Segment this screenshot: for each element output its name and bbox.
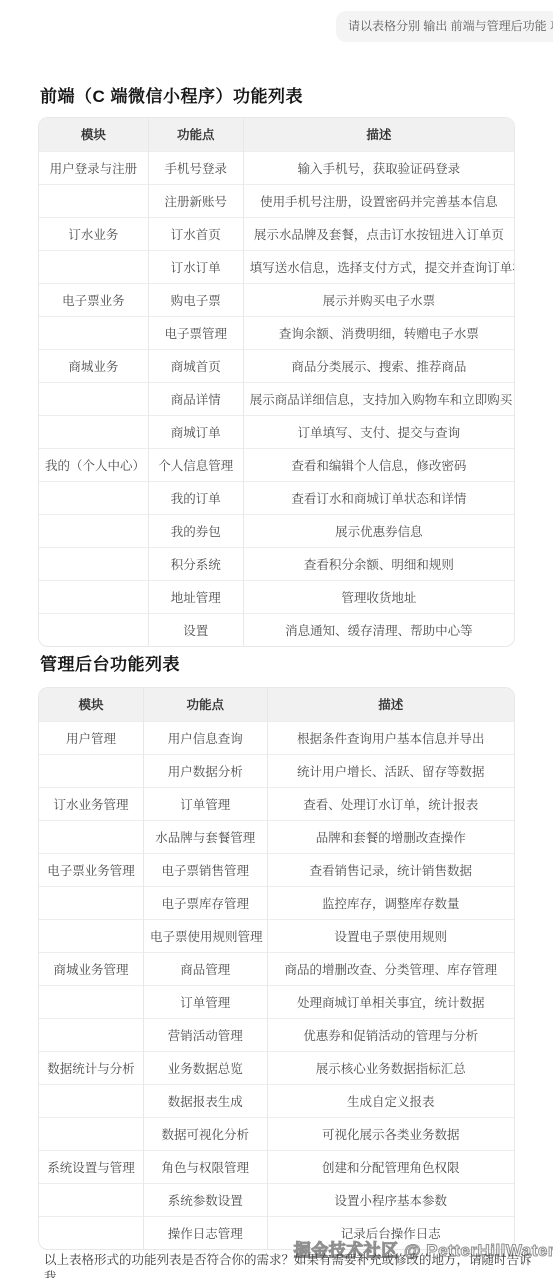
cell-description: 查看和编辑个人信息，修改密码 bbox=[243, 448, 514, 481]
cell-description: 查询余额、消费明细，转赠电子水票 bbox=[243, 316, 514, 349]
cell-feature: 订水首页 bbox=[148, 217, 243, 250]
table-row: 数据报表生成生成自定义报表 bbox=[39, 1084, 514, 1117]
cell-module: 商城业务管理 bbox=[39, 952, 144, 985]
cell-description: 设置小程序基本参数 bbox=[267, 1183, 514, 1216]
cell-feature: 积分系统 bbox=[148, 547, 243, 580]
frontend-section-title: 前端（C 端微信小程序）功能列表 bbox=[40, 82, 303, 107]
table-row: 积分系统查看积分余额、明细和规则 bbox=[39, 547, 514, 580]
cell-description: 消息通知、缓存清理、帮助中心等 bbox=[243, 613, 514, 646]
cell-module: 订水业务管理 bbox=[39, 787, 144, 820]
assistant-closing-message: 以上表格形式的功能列表是否符合你的需求？如果有需要补充或修改的地方，请随时告诉我… bbox=[44, 1252, 544, 1278]
table-row: 数据可视化分析可视化展示各类业务数据 bbox=[39, 1117, 514, 1150]
cell-module bbox=[39, 580, 148, 613]
cell-description: 查看积分余额、明细和规则 bbox=[243, 547, 514, 580]
table-header-row: 模块功能点描述 bbox=[39, 688, 514, 721]
column-header: 描述 bbox=[267, 688, 514, 721]
cell-feature: 我的订单 bbox=[148, 481, 243, 514]
cell-module: 用户登录与注册 bbox=[39, 151, 148, 184]
cell-module bbox=[39, 184, 148, 217]
cell-module bbox=[39, 250, 148, 283]
column-header: 功能点 bbox=[144, 688, 268, 721]
cell-description: 根据条件查询用户基本信息并导出 bbox=[267, 721, 514, 754]
column-header: 功能点 bbox=[148, 118, 243, 151]
cell-module: 我的（个人中心） bbox=[39, 448, 148, 481]
table-row: 营销活动管理优惠券和促销活动的管理与分析 bbox=[39, 1018, 514, 1051]
user-message-text: 请以表格分别 输出 前端与管理后功能 功能列表 bbox=[348, 19, 553, 33]
column-header: 模块 bbox=[39, 688, 144, 721]
cell-feature: 营销活动管理 bbox=[144, 1018, 268, 1051]
cell-feature: 业务数据总览 bbox=[144, 1051, 268, 1084]
cell-description: 展示水品牌及套餐，点击订水按钮进入订单页 bbox=[243, 217, 514, 250]
cell-module bbox=[39, 1084, 144, 1117]
cell-feature: 我的券包 bbox=[148, 514, 243, 547]
cell-feature: 用户信息查询 bbox=[144, 721, 268, 754]
table-row: 电子票使用规则管理设置电子票使用规则 bbox=[39, 919, 514, 952]
table-row: 注册新账号使用手机号注册，设置密码并完善基本信息 bbox=[39, 184, 514, 217]
cell-module: 用户管理 bbox=[39, 721, 144, 754]
cell-feature: 系统参数设置 bbox=[144, 1183, 268, 1216]
cell-description: 展示并购买电子水票 bbox=[243, 283, 514, 316]
cell-feature: 个人信息管理 bbox=[148, 448, 243, 481]
cell-module bbox=[39, 547, 148, 580]
cell-module bbox=[39, 1117, 144, 1150]
backend-section-title: 管理后台功能列表 bbox=[40, 650, 180, 675]
table-row: 设置消息通知、缓存清理、帮助中心等 bbox=[39, 613, 514, 646]
table-row: 用户登录与注册手机号登录输入手机号，获取验证码登录 bbox=[39, 151, 514, 184]
table-row: 电子票业务购电子票展示并购买电子水票 bbox=[39, 283, 514, 316]
cell-feature: 商品管理 bbox=[144, 952, 268, 985]
table-row: 电子票业务管理电子票销售管理查看销售记录，统计销售数据 bbox=[39, 853, 514, 886]
cell-module bbox=[39, 1183, 144, 1216]
cell-module bbox=[39, 1018, 144, 1051]
table-row: 订水业务管理订单管理查看、处理订水订单，统计报表 bbox=[39, 787, 514, 820]
cell-module bbox=[39, 415, 148, 448]
cell-description: 填写送水信息，选择支付方式，提交并查询订单状态 bbox=[243, 250, 514, 283]
table-row: 系统设置与管理角色与权限管理创建和分配管理角色权限 bbox=[39, 1150, 514, 1183]
user-message-bubble: 请以表格分别 输出 前端与管理后功能 功能列表 bbox=[336, 11, 553, 42]
cell-description: 展示核心业务数据指标汇总 bbox=[267, 1051, 514, 1084]
cell-module bbox=[39, 316, 148, 349]
cell-feature: 商品详情 bbox=[148, 382, 243, 415]
cell-feature: 用户数据分析 bbox=[144, 754, 268, 787]
cell-feature: 购电子票 bbox=[148, 283, 243, 316]
cell-module: 电子票业务 bbox=[39, 283, 148, 316]
cell-module bbox=[39, 820, 144, 853]
table-row: 系统参数设置设置小程序基本参数 bbox=[39, 1183, 514, 1216]
cell-module bbox=[39, 481, 148, 514]
cell-module: 电子票业务管理 bbox=[39, 853, 144, 886]
backend-feature-table: 模块功能点描述 用户管理用户信息查询根据条件查询用户基本信息并导出用户数据分析统… bbox=[38, 687, 515, 1250]
cell-description: 生成自定义报表 bbox=[267, 1084, 514, 1117]
cell-module: 商城业务 bbox=[39, 349, 148, 382]
cell-module: 订水业务 bbox=[39, 217, 148, 250]
cell-description: 输入手机号，获取验证码登录 bbox=[243, 151, 514, 184]
cell-description: 展示优惠券信息 bbox=[243, 514, 514, 547]
cell-description: 查看、处理订水订单，统计报表 bbox=[267, 787, 514, 820]
table-header-row: 模块功能点描述 bbox=[39, 118, 514, 151]
cell-feature: 数据报表生成 bbox=[144, 1084, 268, 1117]
column-header: 模块 bbox=[39, 118, 148, 151]
cell-feature: 电子票管理 bbox=[148, 316, 243, 349]
cell-feature: 地址管理 bbox=[148, 580, 243, 613]
cell-module bbox=[39, 886, 144, 919]
cell-description: 优惠券和促销活动的管理与分析 bbox=[267, 1018, 514, 1051]
table-row: 用户管理用户信息查询根据条件查询用户基本信息并导出 bbox=[39, 721, 514, 754]
table-row: 订单管理处理商城订单相关事宜，统计数据 bbox=[39, 985, 514, 1018]
table-row: 数据统计与分析业务数据总览展示核心业务数据指标汇总 bbox=[39, 1051, 514, 1084]
table-row: 订水订单填写送水信息，选择支付方式，提交并查询订单状态 bbox=[39, 250, 514, 283]
cell-feature: 商城首页 bbox=[148, 349, 243, 382]
table-row: 商城业务商城首页商品分类展示、搜索、推荐商品 bbox=[39, 349, 514, 382]
cell-description: 统计用户增长、活跃、留存等数据 bbox=[267, 754, 514, 787]
cell-description: 监控库存，调整库存数量 bbox=[267, 886, 514, 919]
table-row: 我的订单查看订水和商城订单状态和详情 bbox=[39, 481, 514, 514]
cell-feature: 角色与权限管理 bbox=[144, 1150, 268, 1183]
cell-feature: 设置 bbox=[148, 613, 243, 646]
cell-description: 查看销售记录，统计销售数据 bbox=[267, 853, 514, 886]
cell-description: 可视化展示各类业务数据 bbox=[267, 1117, 514, 1150]
table-row: 商城订单订单填写、支付、提交与查询 bbox=[39, 415, 514, 448]
cell-feature: 电子票使用规则管理 bbox=[144, 919, 268, 952]
cell-module: 系统设置与管理 bbox=[39, 1150, 144, 1183]
cell-feature: 商城订单 bbox=[148, 415, 243, 448]
cell-module bbox=[39, 382, 148, 415]
cell-description: 查看订水和商城订单状态和详情 bbox=[243, 481, 514, 514]
cell-feature: 手机号登录 bbox=[148, 151, 243, 184]
cell-description: 展示商品详细信息，支持加入购物车和立即购买 bbox=[243, 382, 514, 415]
cell-description: 订单填写、支付、提交与查询 bbox=[243, 415, 514, 448]
cell-feature: 电子票销售管理 bbox=[144, 853, 268, 886]
cell-feature: 操作日志管理 bbox=[144, 1216, 268, 1249]
cell-module bbox=[39, 1216, 144, 1249]
frontend-feature-table: 模块功能点描述 用户登录与注册手机号登录输入手机号，获取验证码登录注册新账号使用… bbox=[38, 117, 515, 647]
cell-description: 处理商城订单相关事宜，统计数据 bbox=[267, 985, 514, 1018]
cell-module: 数据统计与分析 bbox=[39, 1051, 144, 1084]
table-row: 用户数据分析统计用户增长、活跃、留存等数据 bbox=[39, 754, 514, 787]
cell-feature: 注册新账号 bbox=[148, 184, 243, 217]
table-row: 订水业务订水首页展示水品牌及套餐，点击订水按钮进入订单页 bbox=[39, 217, 514, 250]
cell-module bbox=[39, 754, 144, 787]
cell-module bbox=[39, 985, 144, 1018]
table-row: 商城业务管理商品管理商品的增删改查、分类管理、库存管理 bbox=[39, 952, 514, 985]
table-row: 电子票管理查询余额、消费明细，转赠电子水票 bbox=[39, 316, 514, 349]
cell-description: 创建和分配管理角色权限 bbox=[267, 1150, 514, 1183]
cell-module bbox=[39, 514, 148, 547]
table-row: 电子票库存管理监控库存，调整库存数量 bbox=[39, 886, 514, 919]
table-row: 商品详情展示商品详细信息，支持加入购物车和立即购买 bbox=[39, 382, 514, 415]
table-row: 水品牌与套餐管理品牌和套餐的增删改查操作 bbox=[39, 820, 514, 853]
table-row: 我的（个人中心）个人信息管理查看和编辑个人信息，修改密码 bbox=[39, 448, 514, 481]
cell-feature: 订单管理 bbox=[144, 985, 268, 1018]
column-header: 描述 bbox=[243, 118, 514, 151]
cell-feature: 订单管理 bbox=[144, 787, 268, 820]
cell-description: 商品的增删改查、分类管理、库存管理 bbox=[267, 952, 514, 985]
cell-description: 管理收货地址 bbox=[243, 580, 514, 613]
cell-description: 使用手机号注册，设置密码并完善基本信息 bbox=[243, 184, 514, 217]
cell-description: 品牌和套餐的增删改查操作 bbox=[267, 820, 514, 853]
cell-feature: 订水订单 bbox=[148, 250, 243, 283]
cell-feature: 数据可视化分析 bbox=[144, 1117, 268, 1150]
cell-description: 商品分类展示、搜索、推荐商品 bbox=[243, 349, 514, 382]
cell-feature: 水品牌与套餐管理 bbox=[144, 820, 268, 853]
cell-feature: 电子票库存管理 bbox=[144, 886, 268, 919]
cell-module bbox=[39, 919, 144, 952]
cell-description: 设置电子票使用规则 bbox=[267, 919, 514, 952]
table-row: 我的券包展示优惠券信息 bbox=[39, 514, 514, 547]
cell-module bbox=[39, 613, 148, 646]
table-row: 地址管理管理收货地址 bbox=[39, 580, 514, 613]
